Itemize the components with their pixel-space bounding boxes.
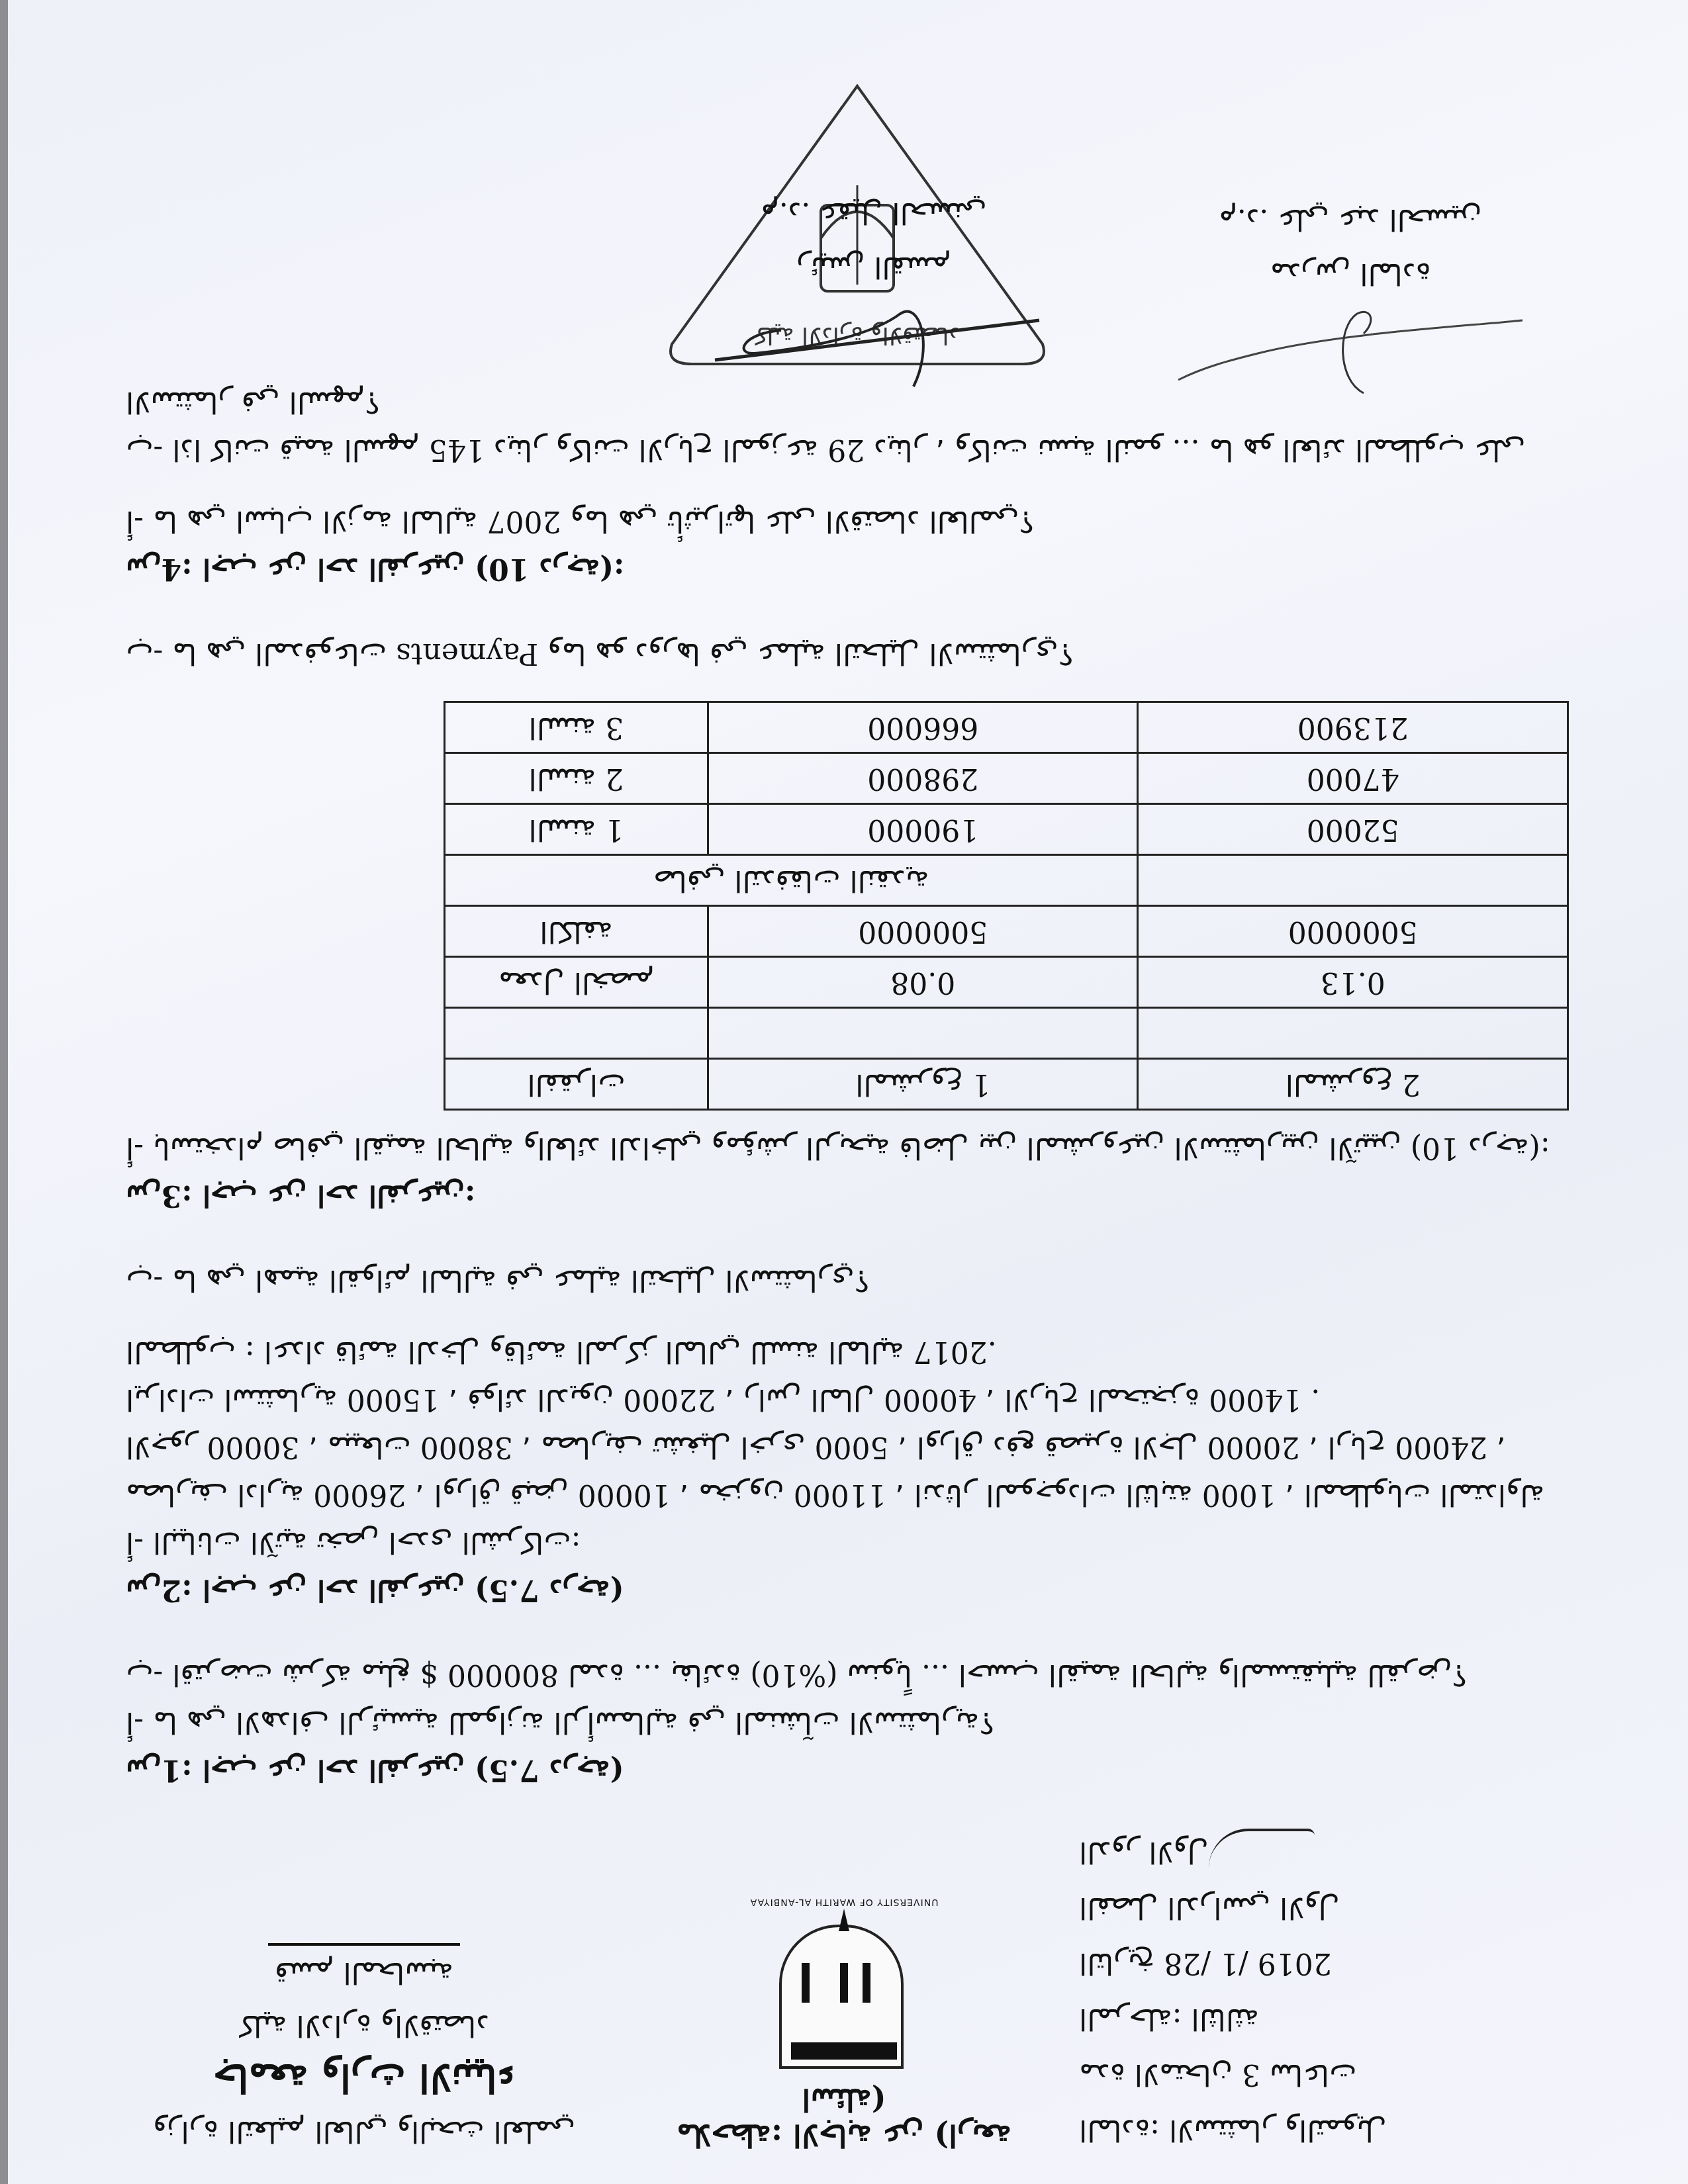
row-label: معدل الخصم xyxy=(445,957,708,1008)
university-name: جامعة وارث الانبياء xyxy=(132,2052,596,2105)
row-label: السنة 1 xyxy=(445,804,708,855)
projects-table-wrap: الفقراتالمشروع 1المشروع 2معدل الخصم0.080… xyxy=(444,701,1569,1111)
row-label xyxy=(445,1008,708,1059)
question-2-title: س2: اجب عن احد الفرعين (7.5 درجة) xyxy=(126,1566,1569,1614)
row-label: السنة 3 xyxy=(445,702,708,753)
table-section-row: صافي التدفقات النقدية xyxy=(445,855,1568,906)
question-2-data-line: ايرادات استثمارية 15000 ، فوائد الديون 2… xyxy=(126,1375,1569,1423)
question-1-part-a: أ- ما هي الاهداف الرئيسية للموازنة الرأس… xyxy=(126,1698,1569,1746)
exam-note: ملاحظة: الاجابة عن (اربعة اسئلة) xyxy=(672,2082,1016,2154)
row-label: السنة 2 xyxy=(445,753,708,804)
table-cell: 190000 xyxy=(708,804,1138,855)
head-name: م.د. عقيل الحسني xyxy=(702,185,1046,240)
table-cell xyxy=(708,1008,1138,1059)
instructor-signature-block: مدرس المادة م.د. علي عبد الحسين xyxy=(1165,192,1536,406)
table-cell: المشروع 1 xyxy=(708,1059,1138,1110)
college-name: كلية الادارة والاقتصاد xyxy=(132,1999,596,2052)
ministry-name: وزارة التعليم العالي والبحث العلمي xyxy=(132,2105,596,2158)
question-1-title: س1: اجب عن احد الفرعين (7.5 درجة) xyxy=(126,1746,1569,1794)
stage: المرحلة: الثالثة xyxy=(1079,1991,1489,2046)
question-3-title: س3: اجب عن احد الفرعين: xyxy=(126,1171,1569,1219)
question-3-part-a: أ- باستخدام صافي القيمة الحالية والعائد … xyxy=(126,1124,1569,1171)
logo-block: ملاحظة: الاجابة عن (اربعة اسئلة) UNIVERS… xyxy=(672,1897,1016,2158)
institution-block: وزارة التعليم العالي والبحث العلمي جامعة… xyxy=(132,1943,596,2158)
exam-footer: مدرس المادة م.د. علي عبد الحسين كلية الا… xyxy=(0,0,1688,477)
row-label: الكلفة xyxy=(445,906,708,957)
row-label: الفقرات xyxy=(445,1059,708,1110)
question-2-data-line: الاجور 30000 ، مبيعات 38000 ، مصاريف تشغ… xyxy=(126,1423,1569,1471)
duration: مدة الامتحان 3 ساعات xyxy=(1079,2046,1489,2102)
exam-info-block: المادة: الاستثمار والتمويل مدة الامتحان … xyxy=(1079,1824,1489,2158)
table-cell: 47000 xyxy=(1138,753,1568,804)
question-1-part-b: ب- اقترضت شركة مبلغ $ 800000 لمدة ... بف… xyxy=(126,1651,1569,1698)
question-2-data-line: المطلوب : اعداد قائمة الدخل وقائمة المرك… xyxy=(126,1328,1569,1375)
subject: المادة: الاستثمار والتمويل xyxy=(1079,2102,1489,2158)
question-4-title: س4: اجب عن احد الفرعين (10 درجة): xyxy=(126,545,1569,592)
table-row: السنة 119000052000 xyxy=(445,804,1568,855)
exam-date: التاريخ 28/ 1/ 2019 xyxy=(1079,1935,1489,1991)
semester: الفصل الدراسي الاول xyxy=(1079,1880,1489,1935)
table-cell: 52000 xyxy=(1138,804,1568,855)
table-cell: 5000000 xyxy=(708,906,1138,957)
section-label: صافي التدفقات النقدية xyxy=(445,855,1138,906)
exam-body: س1: اجب عن احد الفرعين (7.5 درجة) أ- ما … xyxy=(126,378,1569,1853)
table-row: السنة 229800047000 xyxy=(445,753,1568,804)
table-cell: 5000000 xyxy=(1138,906,1568,957)
question-2-part-b: ب- ما هي اهمية القوائم المالية في عملية … xyxy=(126,1256,1569,1304)
question-2-data-line: مصاريف ادارية 26000 ، اوراق قبض 10000 ، … xyxy=(126,1471,1569,1518)
projects-table: الفقراتالمشروع 1المشروع 2معدل الخصم0.080… xyxy=(444,701,1569,1111)
table-header-row: الفقراتالمشروع 1المشروع 2 xyxy=(445,1059,1568,1110)
question-2-intro: أ- البيانات الآتية تخص احدى الشركات: xyxy=(126,1518,1569,1566)
exam-page: وزارة التعليم العالي والبحث العلمي جامعة… xyxy=(0,0,1688,2184)
head-signature-block: رئيس القسم م.د. عقيل الحسني xyxy=(702,185,1046,400)
instructor-signature-icon xyxy=(1165,300,1536,406)
department-name: قسم المحاسبة xyxy=(268,1943,460,1999)
table-cell xyxy=(1138,1008,1568,1059)
exam-header: وزارة التعليم العالي والبحث العلمي جامعة… xyxy=(0,1873,1688,2158)
question-4-part-a: أ- ما هي اسباب الازمة المالية 2007 وما ه… xyxy=(126,497,1569,545)
table-cell: 213900 xyxy=(1138,702,1568,753)
instructor-title: مدرس المادة xyxy=(1165,246,1536,300)
table-row: معدل الخصم0.080.13 xyxy=(445,957,1568,1008)
question-3-part-b: ب- ما هي المدفوعات Payments وما هو دورها… xyxy=(126,629,1569,677)
table-cell xyxy=(1138,855,1568,906)
table-row: الكلفة50000005000000 xyxy=(445,906,1568,957)
head-title: رئيس القسم xyxy=(702,240,1046,294)
table-row xyxy=(445,1008,1568,1059)
table-cell: 0.08 xyxy=(708,957,1138,1008)
table-cell: 0.13 xyxy=(1138,957,1568,1008)
table-cell: 298000 xyxy=(708,753,1138,804)
instructor-name: م.د. علي عبد الحسين xyxy=(1165,192,1536,246)
table-cell: 666000 xyxy=(708,702,1138,753)
head-signature-icon xyxy=(702,294,1046,400)
table-cell: المشروع 2 xyxy=(1138,1059,1568,1110)
logo-caption: UNIVERSITY OF WARITH AL-ANBIYAA xyxy=(672,1897,1016,1907)
table-row: السنة 3666000213900 xyxy=(445,702,1568,753)
university-logo-icon xyxy=(771,1910,917,2075)
